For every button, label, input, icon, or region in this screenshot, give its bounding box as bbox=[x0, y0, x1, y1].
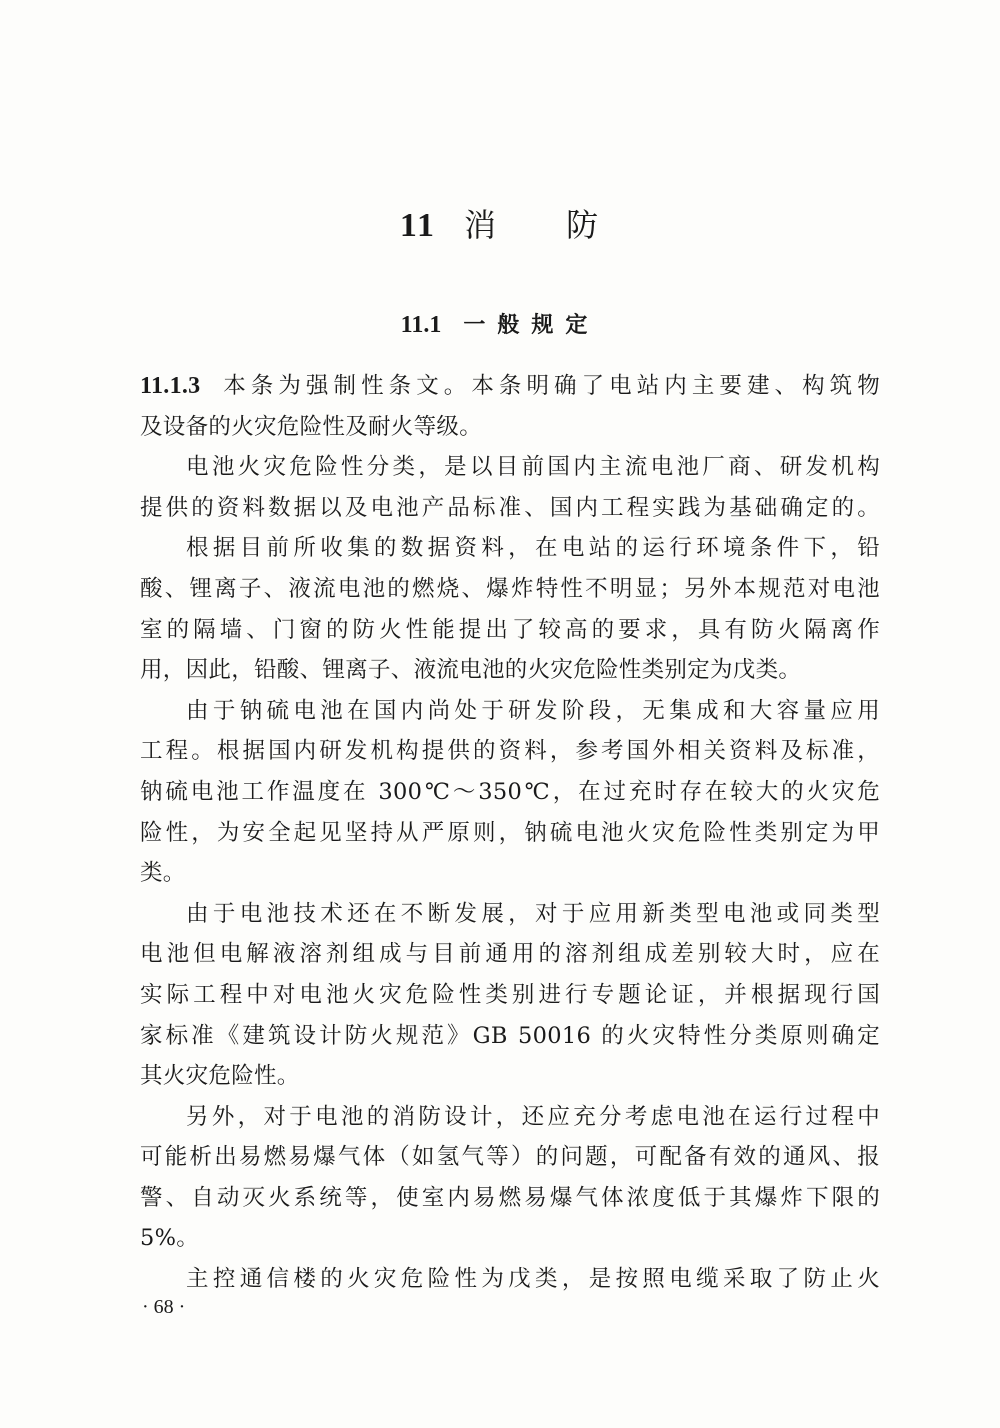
text-line: 家标准《建筑设计防火规范》GB 50016 的火灾特性分类原则确定 bbox=[140, 1016, 880, 1057]
text-line: 电池但电解液溶剂组成与目前通用的溶剂组成差别较大时，应在 bbox=[140, 934, 880, 975]
text-line: 根据目前所收集的数据资料，在电站的运行环境条件下，铅 bbox=[140, 528, 880, 569]
body-text: 11.1.3本条为强制性条文。本条明确了电站内主要建、构筑物 及设备的火灾危险性… bbox=[140, 366, 880, 1300]
line-text: 本条为强制性条文。本条明确了电站内主要建、构筑物 bbox=[218, 373, 880, 399]
text-line: 实际工程中对电池火灾危险性类别进行专题论证，并根据现行国 bbox=[140, 975, 880, 1016]
text-line: 钠硫电池工作温度在 300℃～350℃，在过充时存在较大的火灾危 bbox=[140, 772, 880, 813]
text-line: 用，因此，铅酸、锂离子、液流电池的火灾危险性类别定为戊类。 bbox=[140, 650, 880, 691]
text-line: 5%。 bbox=[140, 1218, 880, 1259]
text-line: 类。 bbox=[140, 853, 880, 894]
chapter-title-char-1: 消 bbox=[464, 206, 498, 244]
text-line: 室的隔墙、门窗的防火性能提出了较高的要求，具有防火隔离作 bbox=[140, 610, 880, 651]
page-number: · 68 · bbox=[142, 1296, 185, 1319]
text-line: 工程。根据国内研发机构提供的资料，参考国外相关资料及标准， bbox=[140, 731, 880, 772]
text-line: 其火灾危险性。 bbox=[140, 1056, 880, 1097]
clause-number: 11.1.3 bbox=[140, 373, 200, 399]
text-line: 警、自动灭火系统等，使室内易燃易爆气体浓度低于其爆炸下限的 bbox=[140, 1178, 880, 1219]
text-line: 电池火灾危险性分类，是以目前国内主流电池厂商、研发机构 bbox=[140, 447, 880, 488]
chapter-number: 11 bbox=[400, 207, 436, 244]
text-line: 酸、锂离子、液流电池的燃烧、爆炸特性不明显；另外本规范对电池 bbox=[140, 569, 880, 610]
text-line: 11.1.3本条为强制性条文。本条明确了电站内主要建、构筑物 bbox=[140, 366, 880, 407]
text-line: 由于电池技术还在不断发展，对于应用新类型电池或同类型 bbox=[140, 894, 880, 935]
section-title-text: 一般规定 bbox=[463, 312, 599, 338]
chapter-title: 11消防 bbox=[0, 200, 1000, 246]
section-title: 11.1一般规定 bbox=[0, 308, 1000, 339]
text-line: 险性，为安全起见坚持从严原则，钠硫电池火灾危险性类别定为甲 bbox=[140, 813, 880, 854]
chapter-title-char-2: 防 bbox=[566, 206, 600, 244]
text-line: 提供的资料数据以及电池产品标准、国内工程实践为基础确定的。 bbox=[140, 488, 880, 529]
text-line: 及设备的火灾危险性及耐火等级。 bbox=[140, 407, 880, 448]
text-line: 由于钠硫电池在国内尚处于研发阶段，无集成和大容量应用 bbox=[140, 691, 880, 732]
text-line: 主控通信楼的火灾危险性为戊类，是按照电缆采取了防止火 bbox=[140, 1259, 880, 1300]
text-line: 另外，对于电池的消防设计，还应充分考虑电池在运行过程中 bbox=[140, 1097, 880, 1138]
section-number: 11.1 bbox=[401, 312, 442, 338]
text-line: 可能析出易燃易爆气体（如氢气等）的问题，可配备有效的通风、报 bbox=[140, 1137, 880, 1178]
